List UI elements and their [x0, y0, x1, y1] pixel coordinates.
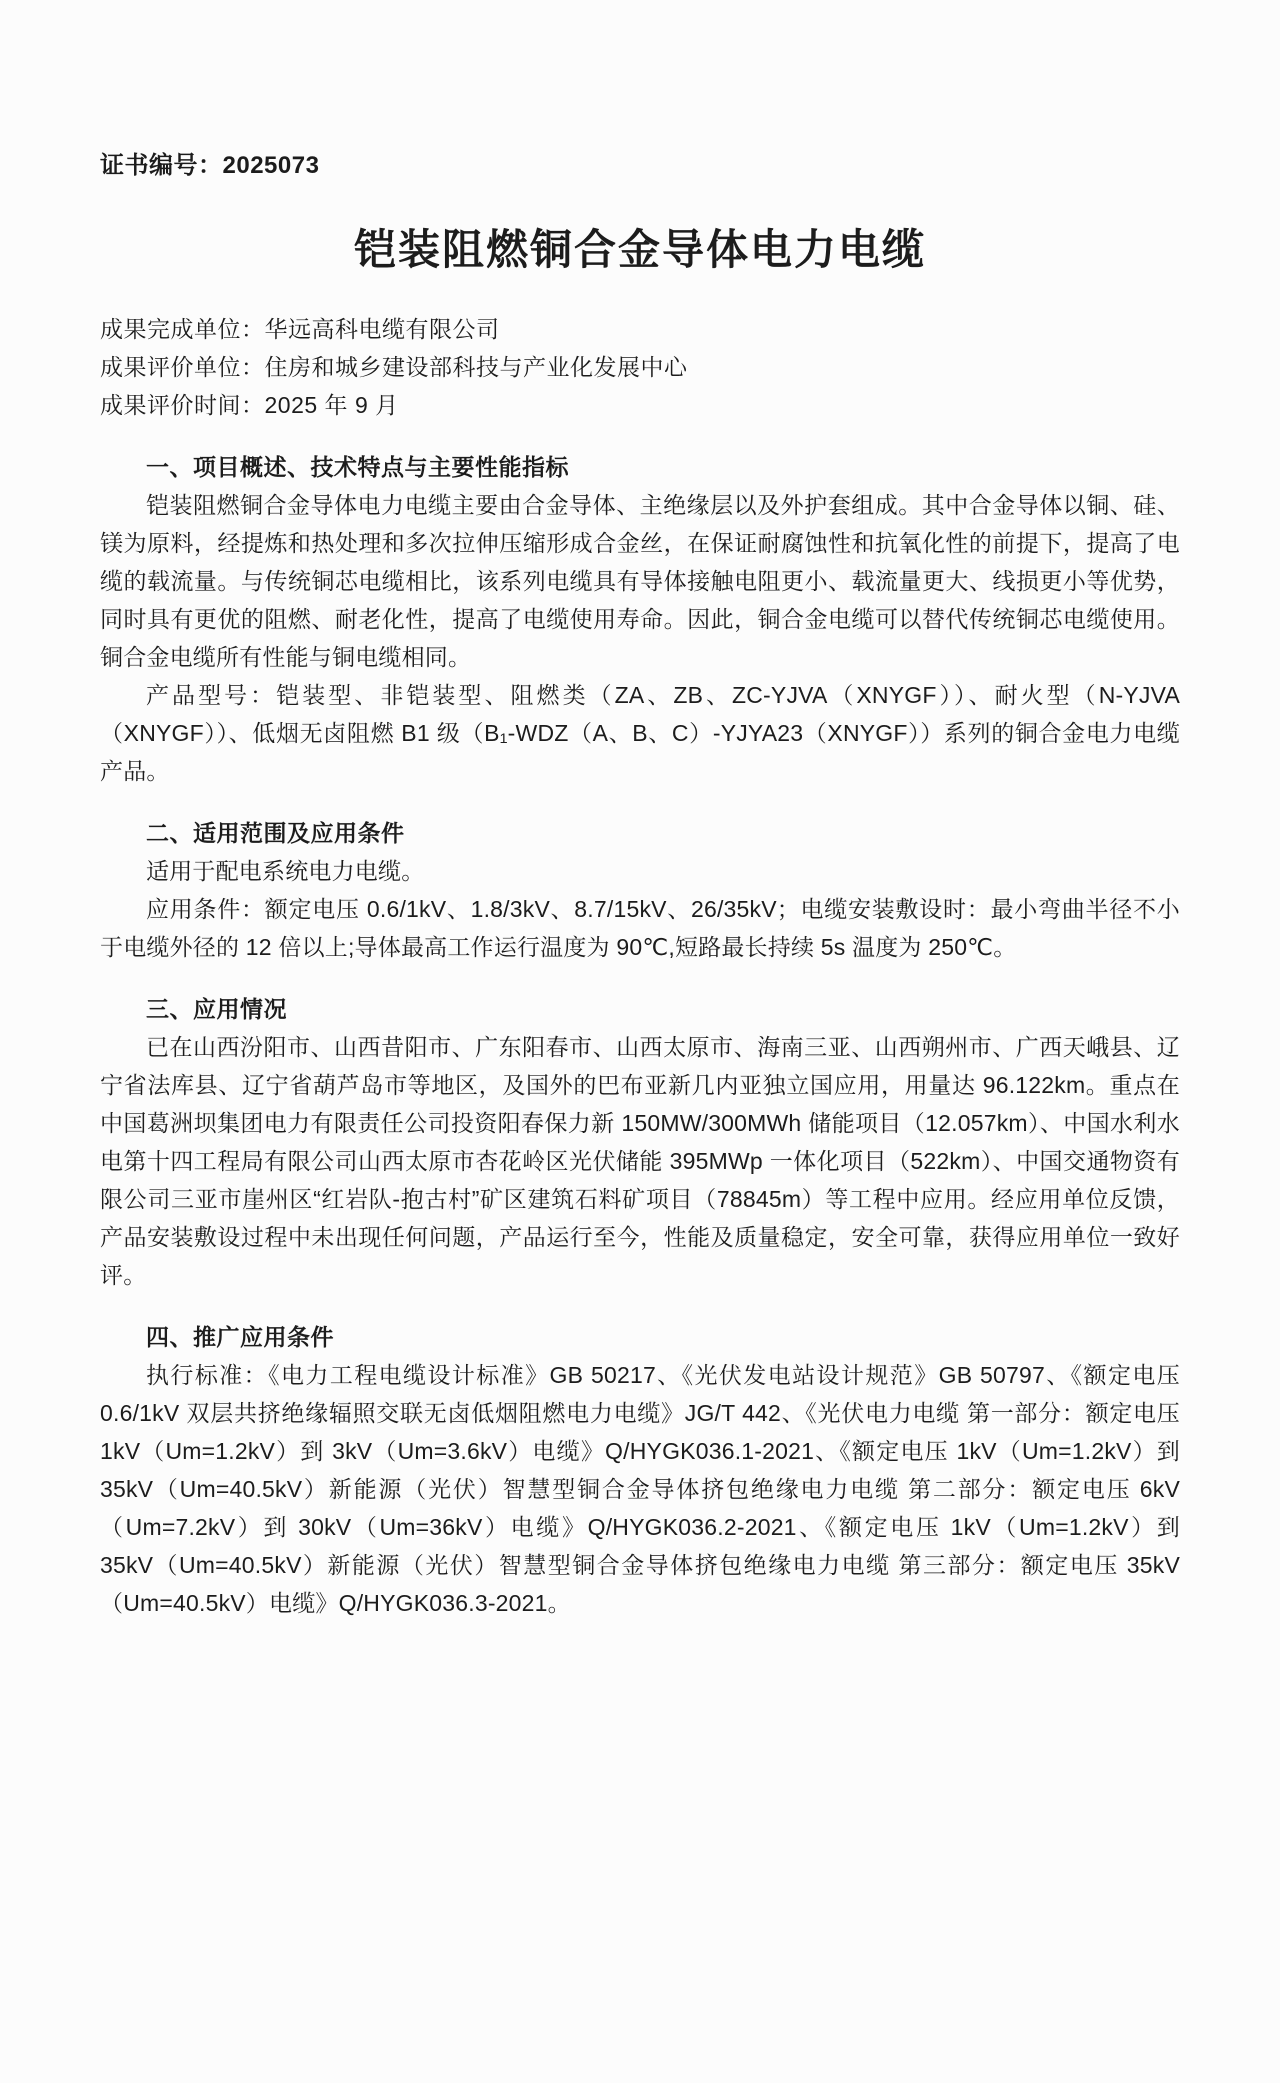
section-application: 三、应用情况 已在山西汾阳市、山西昔阳市、广东阳春市、山西太原市、海南三亚、山西… — [100, 990, 1180, 1294]
section-overview: 一、项目概述、技术特点与主要性能指标 铠装阻燃铜合金导体电力电缆主要由合金导体、… — [100, 448, 1180, 790]
scope-paragraph: 适用于配电系统电力电缆。 — [100, 852, 1180, 890]
application-conditions-paragraph: 应用条件：额定电压 0.6/1kV、1.8/3kV、8.7/15kV、26/35… — [100, 890, 1180, 966]
application-status-paragraph: 已在山西汾阳市、山西昔阳市、广东阳春市、山西太原市、海南三亚、山西朔州市、广西天… — [100, 1028, 1180, 1294]
certificate-number: 证书编号：2025073 — [100, 150, 1180, 182]
meta-block: 成果完成单位：华远高科电缆有限公司 成果评价单位：住房和城乡建设部科技与产业化发… — [100, 310, 1180, 424]
section-promotion: 四、推广应用条件 执行标准：《电力工程电缆设计标准》GB 50217、《光伏发电… — [100, 1318, 1180, 1622]
product-models-paragraph: 产品型号：铠装型、非铠装型、阻燃类（ZA、ZB、ZC-YJVA（XNYGF））、… — [100, 676, 1180, 790]
section-application-heading: 三、应用情况 — [100, 990, 1180, 1028]
meta-evaluating-unit: 成果评价单位：住房和城乡建设部科技与产业化发展中心 — [100, 348, 1180, 386]
document-page: 证书编号：2025073 铠装阻燃铜合金导体电力电缆 成果完成单位：华远高科电缆… — [0, 0, 1280, 2083]
section-overview-heading: 一、项目概述、技术特点与主要性能指标 — [100, 448, 1180, 486]
section-promotion-heading: 四、推广应用条件 — [100, 1318, 1180, 1356]
section-scope: 二、适用范围及应用条件 适用于配电系统电力电缆。 应用条件：额定电压 0.6/1… — [100, 814, 1180, 966]
standards-paragraph: 执行标准：《电力工程电缆设计标准》GB 50217、《光伏发电站设计规范》GB … — [100, 1356, 1180, 1622]
document-title: 铠装阻燃铜合金导体电力电缆 — [100, 224, 1180, 276]
section-scope-heading: 二、适用范围及应用条件 — [100, 814, 1180, 852]
overview-paragraph: 铠装阻燃铜合金导体电力电缆主要由合金导体、主绝缘层以及外护套组成。其中合金导体以… — [100, 486, 1180, 676]
meta-evaluation-date: 成果评价时间：2025 年 9 月 — [100, 386, 1180, 424]
meta-completing-unit: 成果完成单位：华远高科电缆有限公司 — [100, 310, 1180, 348]
